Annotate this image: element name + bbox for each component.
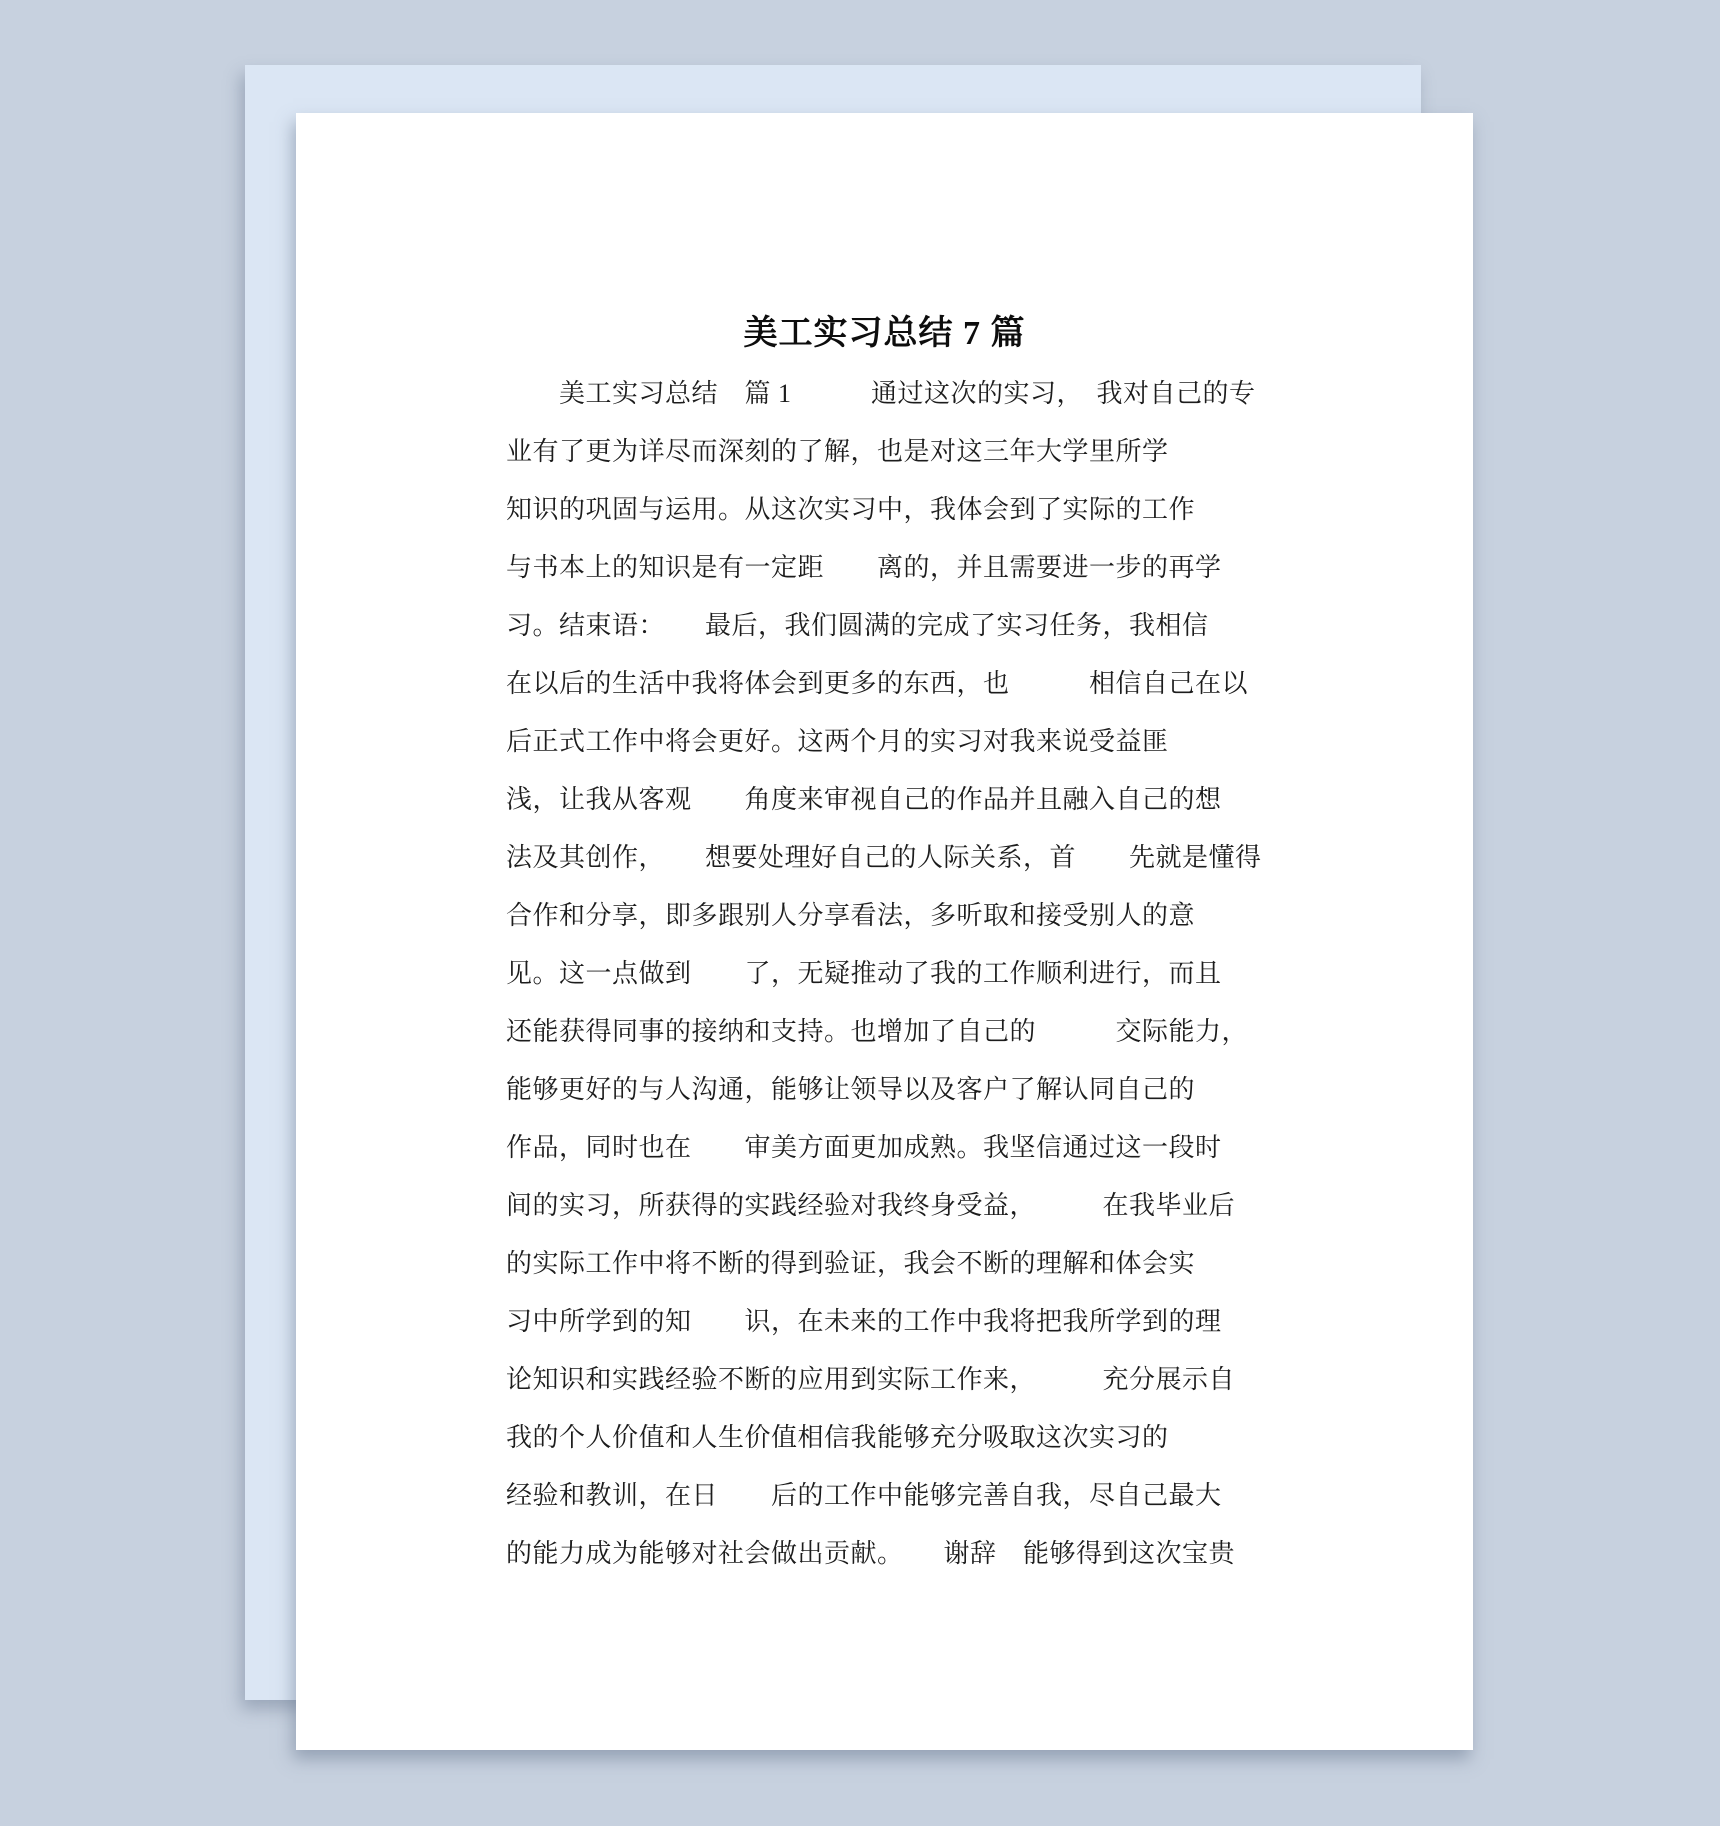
text-line: 习。结束语： 最后，我们圆满的完成了实习任务，我相信 xyxy=(506,597,1406,655)
desktop-background: { "page": { "background_color": "#c7d1df… xyxy=(0,0,1720,1826)
text-line: 经验和教训，在日 后的工作中能够完善自我，尽自己最大 xyxy=(506,1467,1406,1525)
text-line: 还能获得同事的接纳和支持。也增加了自己的 交际能力， xyxy=(506,1003,1406,1061)
text-line: 浅，让我从客观 角度来审视自己的作品并且融入自己的想 xyxy=(506,771,1406,829)
text-line: 见。这一点做到 了，无疑推动了我的工作顺利进行，而且 xyxy=(506,945,1406,1003)
document-title: 美工实习总结 7 篇 xyxy=(296,113,1473,357)
text-line: 我的个人价值和人生价值相信我能够充分吸取这次实习的 xyxy=(506,1409,1406,1467)
text-line: 的实际工作中将不断的得到验证，我会不断的理解和体会实 xyxy=(506,1235,1406,1293)
text-line: 习中所学到的知 识，在未来的工作中我将把我所学到的理 xyxy=(506,1293,1406,1351)
text-line: 合作和分享，即多跟别人分享看法，多听取和接受别人的意 xyxy=(506,887,1406,945)
text-line: 美工实习总结 篇 1 通过这次的实习， 我对自己的专 xyxy=(506,365,1406,423)
text-line: 作品，同时也在 审美方面更加成熟。我坚信通过这一段时 xyxy=(506,1119,1406,1177)
text-line: 知识的巩固与运用。从这次实习中，我体会到了实际的工作 xyxy=(506,481,1406,539)
text-line: 论知识和实践经验不断的应用到实际工作来， 充分展示自 xyxy=(506,1351,1406,1409)
document-page: 美工实习总结 7 篇 美工实习总结 篇 1 通过这次的实习， 我对自己的专 业有… xyxy=(296,113,1473,1750)
text-line: 与书本上的知识是有一定距 离的，并且需要进一步的再学 xyxy=(506,539,1406,597)
text-line: 间的实习，所获得的实践经验对我终身受益， 在我毕业后 xyxy=(506,1177,1406,1235)
text-line: 的能力成为能够对社会做出贡献。 谢辞 能够得到这次宝贵 xyxy=(506,1525,1406,1583)
text-line: 能够更好的与人沟通，能够让领导以及客户了解认同自己的 xyxy=(506,1061,1406,1119)
text-line: 法及其创作， 想要处理好自己的人际关系，首 先就是懂得 xyxy=(506,829,1406,887)
document-body: 美工实习总结 篇 1 通过这次的实习， 我对自己的专 业有了更为详尽而深刻的了解… xyxy=(296,365,1406,1583)
text-line: 业有了更为详尽而深刻的了解，也是对这三年大学里所学 xyxy=(506,423,1406,481)
text-line: 后正式工作中将会更好。这两个月的实习对我来说受益匪 xyxy=(506,713,1406,771)
text-line: 在以后的生活中我将体会到更多的东西，也 相信自己在以 xyxy=(506,655,1406,713)
